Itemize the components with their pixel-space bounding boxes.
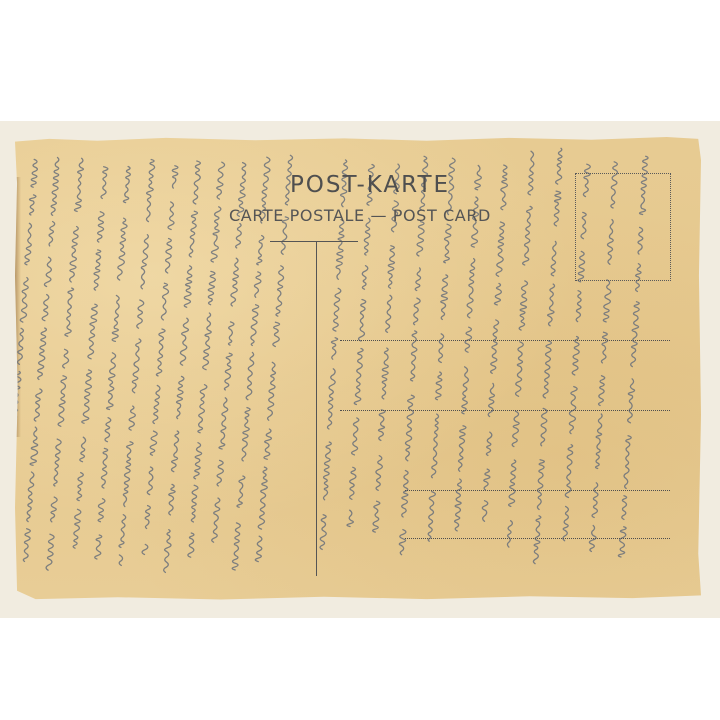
postcard-subtitle: CARTE POSTALE — POST CARD [175, 206, 545, 225]
postcard-back: POST-KARTE CARTE POSTALE — POST CARD [15, 137, 701, 600]
address-line [405, 490, 670, 491]
address-line [340, 340, 670, 341]
divider-horizontal [270, 241, 358, 242]
address-line [340, 410, 670, 411]
postcard-title: POST-KARTE [255, 172, 485, 198]
divider-vertical [316, 241, 317, 576]
stamp-box [575, 173, 671, 281]
address-line [405, 538, 670, 539]
